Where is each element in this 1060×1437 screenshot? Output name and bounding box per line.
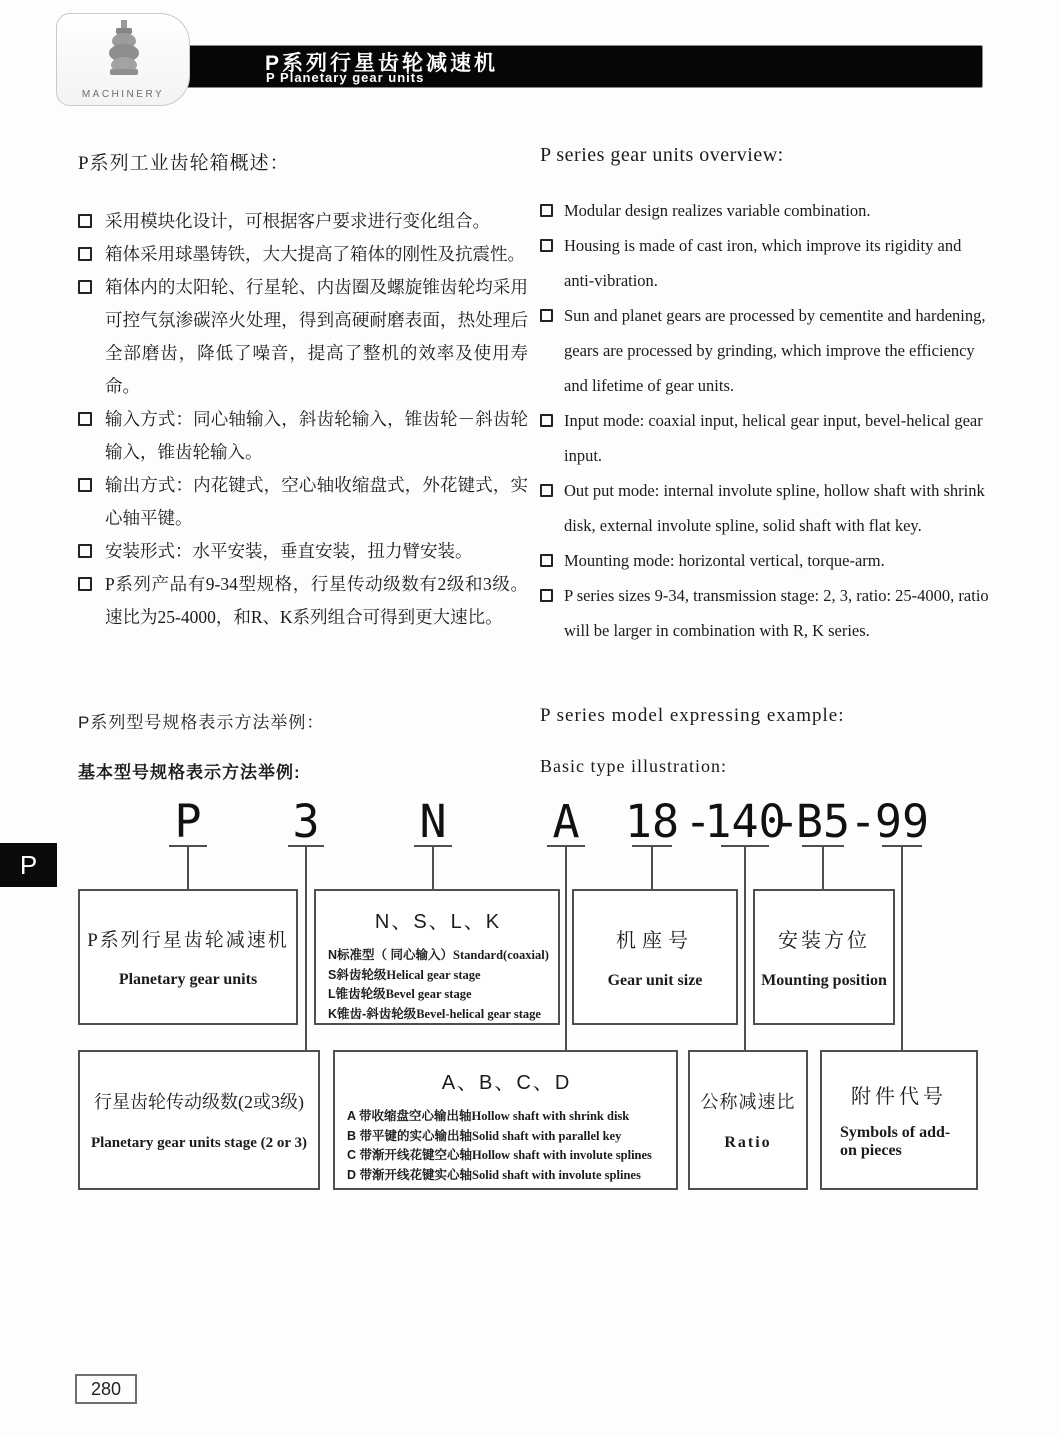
bullet-en: Out put mode: internal involute spline, … [540, 473, 992, 543]
bullet-square-icon [540, 239, 553, 252]
connector-line [744, 847, 746, 1050]
code-mount: B5 [796, 795, 850, 848]
page-number: 280 [75, 1374, 137, 1404]
logo-label: MACHINERY [57, 89, 189, 100]
box-output-item: A 带收缩盘空心输出轴Hollow shaft with shrink disk [347, 1107, 666, 1127]
bullet-square-icon [540, 414, 553, 427]
item-zh: A 带收缩盘空心输出轴 [347, 1109, 472, 1123]
bullet-zh: 箱体内的太阳轮、行星轮、内齿圈及螺旋锥齿轮均采用可控气氛渗碳淬火处理，得到高硬耐… [78, 271, 528, 403]
item-en: Hollow shaft with shrink disk [472, 1109, 630, 1123]
item-en: Bevel-helical gear stage [416, 1007, 541, 1021]
bullet-square-icon [78, 478, 92, 492]
item-zh: B 带平键的实心输出轴 [347, 1129, 472, 1143]
bullet-square-icon [78, 577, 92, 591]
bullet-en: Sun and planet gears are processed by ce… [540, 298, 992, 403]
code-series: P [174, 795, 201, 848]
box-output-item: D 带渐开线花键实心轴Solid shaft with involute spl… [347, 1166, 666, 1186]
bullet-text: Sun and planet gears are processed by ce… [564, 298, 992, 403]
bullet-square-icon [78, 280, 92, 294]
box-ratio-zh: 公称减速比 [701, 1088, 796, 1114]
connector-line [651, 847, 653, 889]
bullet-square-icon [540, 484, 553, 497]
box-mount: 安装方位 Mounting position [753, 889, 895, 1025]
bullet-zh: P系列产品有9-34型规格，行星传动级数有2级和3级。速比为25-4000，和R… [78, 568, 528, 634]
catalog-page: P系列行星齿轮减速机 P Planetary gear units MACHIN… [0, 0, 1060, 1437]
bullet-text: Input mode: coaxial input, helical gear … [564, 403, 992, 473]
bullet-zh: 箱体采用球墨铸铁，大大提高了箱体的刚性及抗震性。 [78, 238, 528, 271]
box-series-zh: P系列行星齿轮减速机 [87, 925, 289, 952]
bullet-text: 输入方式：同心轴输入，斜齿轮输入，锥齿轮－斜齿轮输入，锥齿轮输入。 [105, 403, 528, 469]
bullet-square-icon [78, 214, 92, 228]
bullet-text: 箱体采用球墨铸铁，大大提高了箱体的刚性及抗震性。 [105, 238, 528, 271]
code-type: N [419, 795, 446, 848]
bullet-square-icon [540, 554, 553, 567]
bullet-zh: 采用模块化设计，可根据客户要求进行变化组合。 [78, 205, 528, 238]
bullet-text: P series sizes 9-34, transmission stage:… [564, 578, 992, 648]
code-stage: 3 [292, 795, 319, 848]
banner-title-en: P Planetary gear units [266, 70, 424, 85]
bullet-text: Mounting mode: horizontal vertical, torq… [564, 543, 885, 578]
box-type: N、S、L、K N标准型（ 同心输入）Standard(coaxial) S斜齿… [314, 889, 560, 1025]
connector-line [822, 847, 824, 889]
basic-type-heading-en: Basic type illustration: [540, 756, 727, 777]
model-heading-en: P series model expressing example: [540, 705, 845, 727]
bullet-square-icon [540, 589, 553, 602]
bullet-text: Modular design realizes variable combina… [564, 193, 871, 228]
logo-panel: MACHINERY [56, 13, 190, 106]
item-zh: N标准型（ 同心输入） [328, 948, 453, 962]
bullet-text: 箱体内的太阳轮、行星轮、内齿圈及螺旋锥齿轮均采用可控气氛渗碳淬火处理，得到高硬耐… [105, 271, 528, 403]
item-zh: C 带渐开线花键空心轴 [347, 1148, 472, 1162]
bullet-zh: 输入方式：同心轴输入，斜齿轮输入，锥齿轮－斜齿轮输入，锥齿轮输入。 [78, 403, 528, 469]
bullet-text: P系列产品有9-34型规格，行星传动级数有2级和3级。速比为25-4000，和R… [105, 568, 528, 634]
box-series-en: Planetary gear units [119, 971, 257, 989]
connector-line [901, 847, 903, 1050]
model-heading-zh: P系列型号规格表示方法举例： [78, 708, 324, 733]
box-type-item: K锥齿-斜齿轮级Bevel-helical gear stage [328, 1005, 548, 1025]
bullet-zh: 安装形式：水平安装，垂直安装，扭力臂安装。 [78, 535, 528, 568]
bullet-en: Input mode: coaxial input, helical gear … [540, 403, 992, 473]
bullet-square-icon [540, 309, 553, 322]
box-output-item: C 带渐开线花键空心轴Hollow shaft with involute sp… [347, 1146, 666, 1166]
bullet-en: Housing is made of cast iron, which impr… [540, 228, 992, 298]
bullet-en: Modular design realizes variable combina… [540, 193, 992, 228]
bullet-text: 采用模块化设计，可根据客户要求进行变化组合。 [105, 205, 528, 238]
box-stage: 行星齿轮传动级数(2或3级) Planetary gear units stag… [78, 1050, 320, 1190]
bullet-square-icon [78, 247, 92, 261]
connector-line [432, 847, 434, 889]
box-addon-en: Symbols of add-on pieces [840, 1124, 958, 1160]
box-type-item: S斜齿轮级Helical gear stage [328, 966, 548, 986]
item-en: Helical gear stage [386, 968, 480, 982]
code-addon: 99 [875, 795, 929, 848]
connector-line [305, 847, 307, 1050]
box-size-zh: 机座号 [616, 924, 694, 953]
box-ratio-en: Ratio [724, 1134, 771, 1152]
gearbox-logo-icon [102, 20, 146, 78]
item-en: Solid shaft with parallel key [472, 1129, 621, 1143]
box-size-en: Gear unit size [608, 972, 703, 990]
box-output: A、B、C、D A 带收缩盘空心输出轴Hollow shaft with shr… [333, 1050, 678, 1190]
item-en: Solid shaft with involute splines [472, 1168, 641, 1182]
box-ratio: 公称减速比 Ratio [688, 1050, 808, 1190]
code-size: 18 [625, 795, 679, 848]
item-en: Standard(coaxial) [453, 948, 549, 962]
box-stage-zh: 行星齿轮传动级数(2或3级) [94, 1088, 304, 1114]
item-zh: K锥齿-斜齿轮级 [328, 1007, 416, 1021]
box-output-title: A、B、C、D [347, 1066, 666, 1095]
basic-type-heading-zh: 基本型号规格表示方法举例: [78, 758, 301, 783]
bullet-en: P series sizes 9-34, transmission stage:… [540, 578, 992, 648]
bullet-square-icon [78, 412, 92, 426]
bullet-square-icon [540, 204, 553, 217]
item-en: Bevel gear stage [386, 987, 472, 1001]
bullet-zh: 输出方式：内花键式，空心轴收缩盘式，外花键式，实心轴平键。 [78, 469, 528, 535]
box-output-item: B 带平键的实心输出轴Solid shaft with parallel key [347, 1127, 666, 1147]
connector-line [187, 847, 189, 889]
bullet-square-icon [78, 544, 92, 558]
bullet-text: 输出方式：内花键式，空心轴收缩盘式，外花键式，实心轴平键。 [105, 469, 528, 535]
box-addon-zh: 附件代号 [851, 1080, 947, 1109]
section-tab-p: P [0, 843, 57, 887]
box-mount-zh: 安装方位 [778, 924, 870, 953]
bullet-en: Mounting mode: horizontal vertical, torq… [540, 543, 992, 578]
bullet-text: Out put mode: internal involute spline, … [564, 473, 992, 543]
box-series: P系列行星齿轮减速机 Planetary gear units [78, 889, 298, 1025]
box-stage-en: Planetary gear units stage (2 or 3) [91, 1135, 307, 1152]
item-en: Hollow shaft with involute splines [472, 1148, 652, 1162]
overview-heading-zh: P系列工业齿轮箱概述： [78, 148, 528, 175]
box-mount-en: Mounting position [761, 972, 887, 990]
box-type-item: L锥齿轮级Bevel gear stage [328, 985, 548, 1005]
box-type-title: N、S、L、K [328, 905, 548, 934]
code-output: A [552, 795, 579, 848]
item-zh: S斜齿轮级 [328, 968, 386, 982]
box-size: 机座号 Gear unit size [572, 889, 738, 1025]
bullet-text: 安装形式：水平安装，垂直安装，扭力臂安装。 [105, 535, 528, 568]
item-zh: D 带渐开线花键实心轴 [347, 1168, 472, 1182]
connector-line [565, 847, 567, 1050]
overview-column-en: P series gear units overview: Modular de… [540, 144, 992, 648]
box-type-item: N标准型（ 同心输入）Standard(coaxial) [328, 946, 548, 966]
overview-heading-en: P series gear units overview: [540, 144, 992, 167]
code-dash: - [849, 795, 876, 848]
overview-column-zh: P系列工业齿轮箱概述： 采用模块化设计，可根据客户要求进行变化组合。 箱体采用球… [78, 148, 528, 634]
item-zh: L锥齿轮级 [328, 987, 386, 1001]
bullet-text: Housing is made of cast iron, which impr… [564, 228, 992, 298]
box-addon: 附件代号 Symbols of add-on pieces [820, 1050, 978, 1190]
